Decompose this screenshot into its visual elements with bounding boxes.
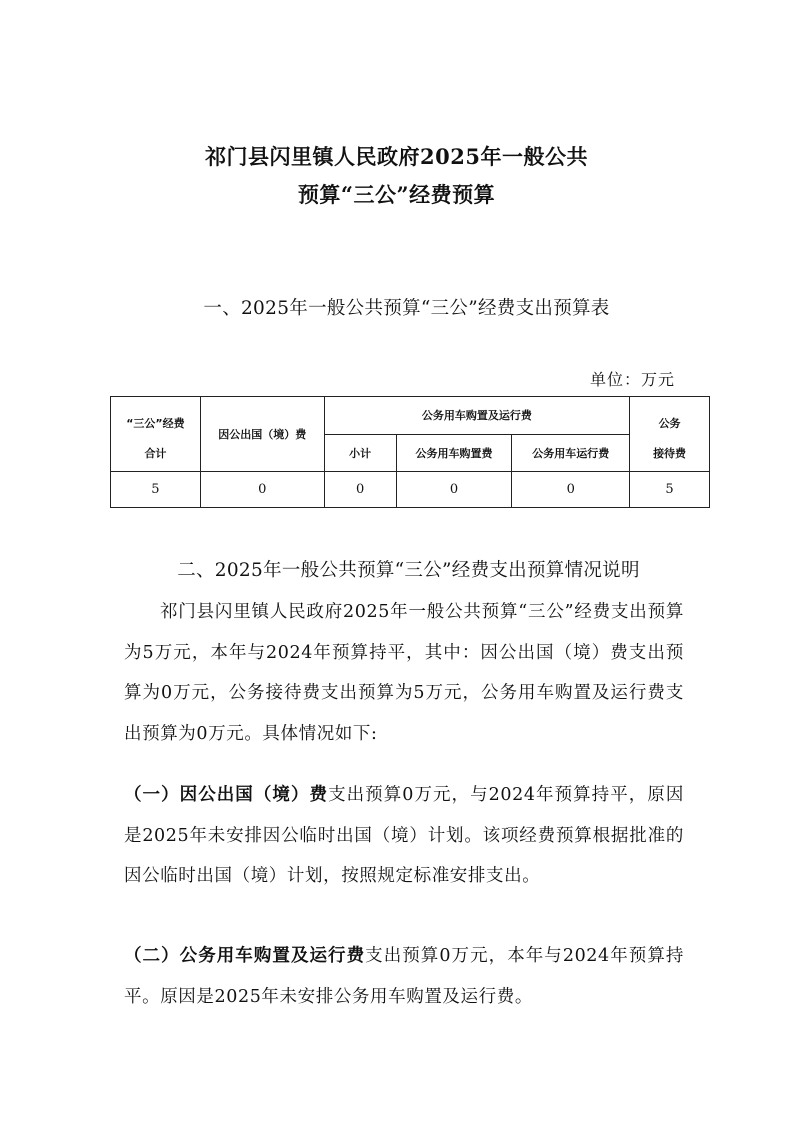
header-vehicle-subtotal: 小计 xyxy=(324,434,396,472)
unit-label: 单位：万元 xyxy=(590,368,675,392)
item-2-label: （二）公务用车购置及运行费 xyxy=(124,946,365,966)
header-vehicle-group: 公务用车购置及运行费 xyxy=(324,397,629,435)
item-1-paragraph: （一）因公出国（境）费支出预算0万元，与2024年预算持平，原因是2025年未安… xyxy=(124,775,684,897)
value-vehicle-subtotal: 0 xyxy=(324,472,396,508)
header-vehicle-operation: 公务用车运行费 xyxy=(512,434,630,472)
header-reception-line-2: 接待费 xyxy=(630,445,709,461)
header-total-line-2: 合计 xyxy=(111,445,200,461)
section-1-heading: 一、2025年一般公共预算“三公”经费支出预算表 xyxy=(10,294,793,324)
header-overseas: 因公出国（境）费 xyxy=(200,397,324,472)
item-1-label: （一）因公出国（境）费 xyxy=(124,785,328,805)
table-header-row-1: “三公”经费 合计 因公出国（境）费 公务用车购置及运行费 公务 接待费 xyxy=(111,397,710,435)
value-vehicle-purchase: 0 xyxy=(396,472,512,508)
value-total: 5 xyxy=(111,472,201,508)
value-reception: 5 xyxy=(630,472,710,508)
table-row: 5 0 0 0 0 5 xyxy=(111,472,710,508)
value-overseas: 0 xyxy=(200,472,324,508)
budget-table: “三公”经费 合计 因公出国（境）费 公务用车购置及运行费 公务 接待费 小计 … xyxy=(110,396,710,508)
document-title-line-2: 预算“三公”经费预算 xyxy=(0,176,793,214)
header-reception: 公务 接待费 xyxy=(630,397,710,472)
header-total: “三公”经费 合计 xyxy=(111,397,201,472)
header-reception-line-1: 公务 xyxy=(630,415,709,431)
summary-paragraph: 祁门县闪里镇人民政府2025年一般公共预算“三公”经费支出预算为5万元，本年与2… xyxy=(124,592,684,754)
section-2-heading: 二、2025年一般公共预算“三公”经费支出预算情况说明 xyxy=(12,556,793,586)
document-title-line-1: 祁门县闪里镇人民政府2025年一般公共 xyxy=(0,138,793,176)
header-vehicle-purchase: 公务用车购置费 xyxy=(396,434,512,472)
item-2-paragraph: （二）公务用车购置及运行费支出预算0万元，本年与2024年预算持平。原因是202… xyxy=(124,936,684,1017)
value-vehicle-operation: 0 xyxy=(512,472,630,508)
header-total-line-1: “三公”经费 xyxy=(111,415,200,431)
